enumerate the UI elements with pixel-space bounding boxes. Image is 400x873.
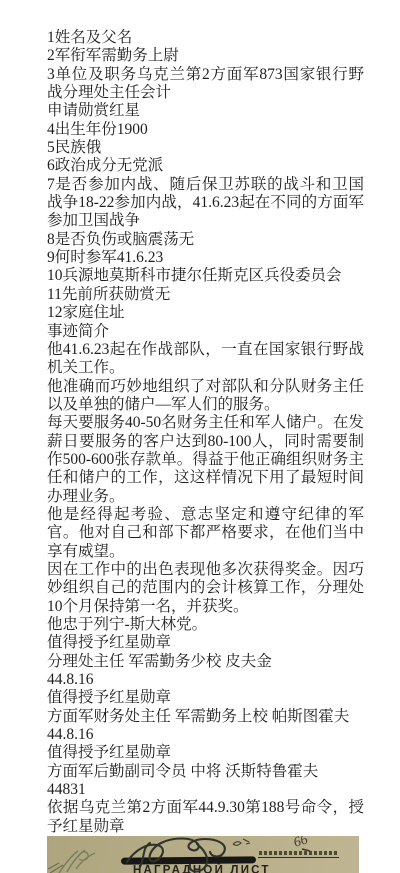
text-paragraph: 每天要服务40-50名财务主任和军人储户。在发薪日要服务的客户达到80-100人… — [47, 414, 364, 506]
text-paragraph: 10兵源地莫斯科市捷尔任斯克区兵役委员会 — [47, 267, 364, 285]
text-paragraph: 5民族俄 — [47, 139, 364, 157]
text-paragraph: 他忠于列宁-斯大林党。 — [47, 616, 364, 634]
text-paragraph: 7是否参加内战、随后保卫苏联的战斗和卫国战争18-22参加内战，41.6.23起… — [47, 176, 364, 231]
translated-document-text: 1姓名及父名2军衔军需勤务上尉3单位及职务乌克兰第2方面军873国家银行野战分理… — [47, 29, 364, 836]
text-paragraph: 8是否负伤或脑震荡无 — [47, 231, 364, 249]
text-paragraph: 9何时参军41.6.23 — [47, 249, 364, 267]
text-paragraph: 44.8.16 — [47, 726, 364, 744]
text-paragraph: 依据乌克兰第2方面军44.9.30第188号命令，授予红星勋章 — [47, 799, 364, 836]
text-paragraph: 方面军后勤副司令员 中将 沃斯特鲁霍夫 — [47, 763, 364, 781]
text-paragraph: 3单位及职务乌克兰第2方面军873国家银行野战分理处主任会计 — [47, 66, 364, 103]
text-paragraph: 值得授予红星勋章 — [47, 689, 364, 707]
text-paragraph: 他准确而巧妙地组织了对部队和分队财务主任以及单独的储户—军人们的服务。 — [47, 378, 364, 415]
text-paragraph: 事迹简介 — [47, 323, 364, 341]
document-page: 1姓名及父名2军衔军需勤务上尉3单位及职务乌克兰第2方面军873国家银行野战分理… — [0, 0, 400, 873]
document-title-russian: НАГРАДНОЙ ЛИСТ — [133, 864, 271, 873]
text-paragraph: 6政治成分无党派 — [47, 157, 364, 175]
original-document-photo: НАГРАДНОЙ ЛИСТ 66 — [47, 836, 359, 873]
small-print-underline — [258, 857, 339, 858]
text-paragraph: 2军衔军需勤务上尉 — [47, 47, 364, 65]
text-paragraph: 44.8.16 — [47, 671, 364, 689]
text-paragraph: 值得授予红星勋章 — [47, 634, 364, 652]
text-paragraph: 他41.6.23起在作战部队，一直在国家银行野战机关工作。 — [47, 341, 364, 378]
handwritten-number: 66 — [292, 836, 310, 852]
text-paragraph: 因在工作中的出色表现他多次获得奖金。因巧妙组织自己的范围内的会计核算工作，分理处… — [47, 561, 364, 616]
text-paragraph: 他是经得起考验、意志坚定和遵守纪律的军官。他对自己和部下都严格要求，在他们当中享… — [47, 506, 364, 561]
text-paragraph: 12家庭住址 — [47, 304, 364, 322]
text-paragraph: 11先前所获勋赏无 — [47, 286, 364, 304]
text-paragraph: 申请勋赏红星 — [47, 102, 364, 120]
text-paragraph: 1姓名及父名 — [47, 29, 364, 47]
text-paragraph: 方面军财务处主任 军需勤务上校 帕斯图霍夫 — [47, 708, 364, 726]
text-paragraph: 4出生年份1900 — [47, 121, 364, 139]
text-paragraph: 44831 — [47, 781, 364, 799]
text-paragraph: 值得授予红星勋章 — [47, 744, 364, 762]
illegible-small-print — [259, 851, 337, 855]
text-paragraph: 分理处主任 军需勤务少校 皮夫金 — [47, 653, 364, 671]
